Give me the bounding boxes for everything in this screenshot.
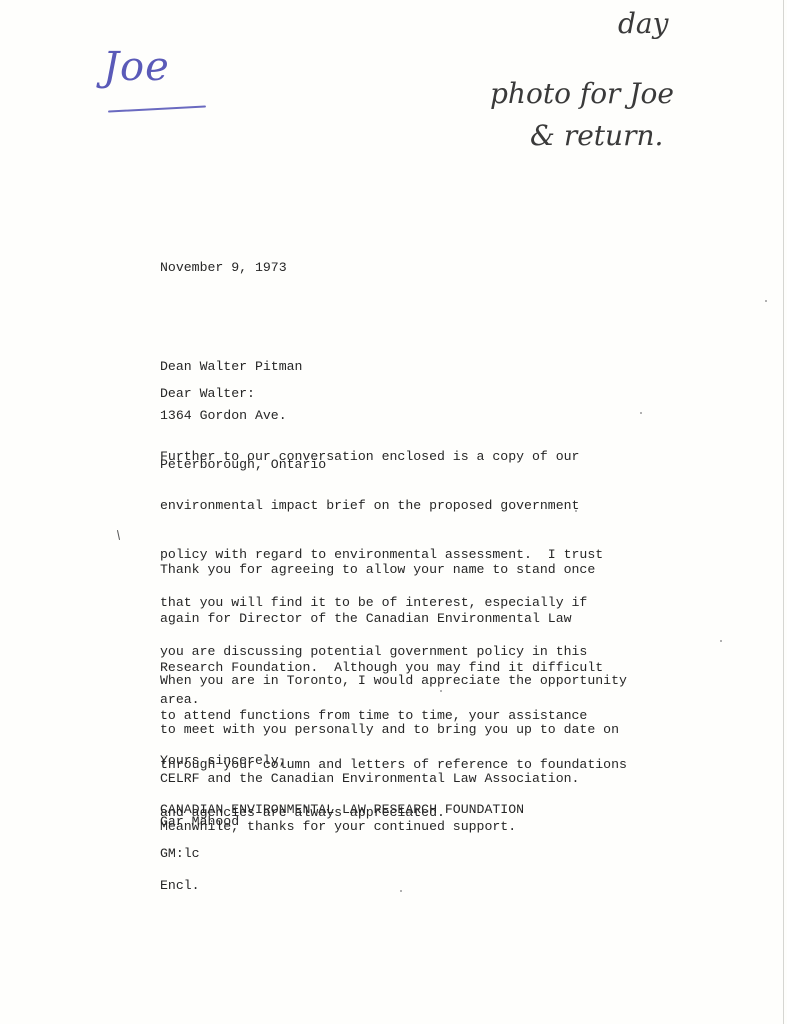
letter-page: Joe day photo for Joe & return. November… — [0, 0, 787, 1024]
scan-speck — [575, 510, 577, 512]
address-line: Dean Walter Pitman — [160, 359, 326, 375]
signer-name: Gar Mahood — [160, 814, 239, 830]
paragraph-line: When you are in Toronto, I would appreci… — [160, 673, 627, 689]
handwritten-note-line: & return. — [530, 122, 663, 150]
handwritten-note-line: photo for Joe — [490, 80, 674, 108]
enclosure-note: Encl. — [160, 878, 200, 894]
paragraph-line: again for Director of the Canadian Envir… — [160, 611, 627, 627]
letter-date: November 9, 1973 — [160, 260, 287, 276]
scan-speck — [400, 890, 402, 892]
handwritten-underline — [108, 105, 206, 112]
closing-line: Yours sincerely, — [160, 753, 524, 769]
closing-block: Yours sincerely, CANADIAN ENVIRONMENTAL … — [160, 721, 524, 851]
scan-edge — [783, 0, 784, 1024]
salutation: Dear Walter: — [160, 386, 255, 402]
scan-speck — [640, 412, 642, 414]
reference-initials: GM:lc — [160, 846, 200, 862]
handwritten-joe: Joe — [103, 44, 170, 90]
paragraph-line: Thank you for agreeing to allow your nam… — [160, 562, 627, 578]
paragraph-line: Further to our conversation enclosed is … — [160, 449, 603, 465]
paragraph-line: environmental impact brief on the propos… — [160, 498, 603, 514]
scan-speck — [720, 640, 722, 642]
handwritten-note-line: day — [618, 10, 668, 38]
scan-speck — [440, 690, 442, 692]
scan-speck — [765, 300, 767, 302]
margin-mark — [117, 530, 120, 540]
